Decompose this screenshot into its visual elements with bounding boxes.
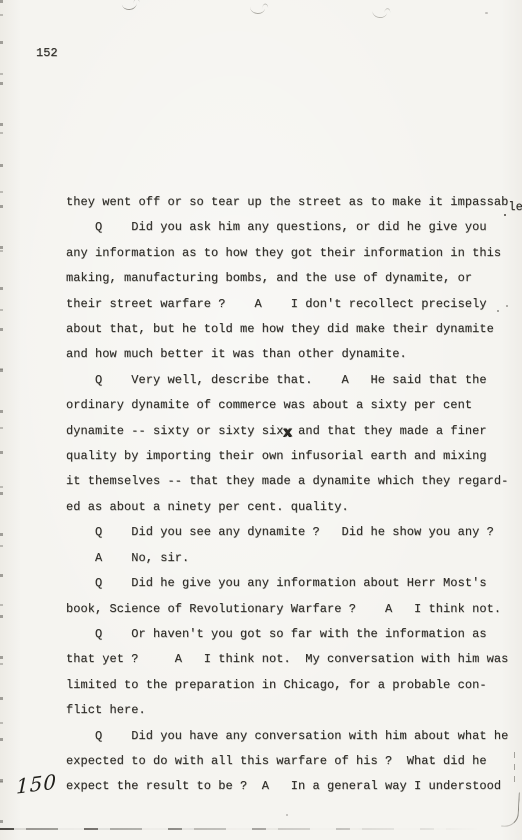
scan-edge-line (0, 828, 478, 830)
transcript-line: Q Did you see any dynamite ? Did he show… (66, 520, 516, 545)
typed-text: about that, but he told me how they did … (66, 322, 494, 336)
typed-text: expected to do with all this warfare of … (66, 754, 487, 768)
typed-text: limited to the preparation in Chicago, f… (66, 678, 487, 692)
typed-text: making, manufacturing bombs, and the use… (66, 271, 472, 285)
transcript-line: and how much better it was than other dy… (66, 342, 516, 367)
transcript-line: Q Did you have any conversation with him… (66, 724, 516, 749)
typed-text: Q Did you have any conversation with him… (66, 729, 508, 743)
typed-text: quality by importing their own infusoria… (66, 449, 487, 463)
binding-edge-marks (0, 0, 3, 840)
typed-text: Q Did you see any dynamite ? Did he show… (66, 525, 494, 539)
transcript-line: they went off or so tear up the street a… (66, 190, 516, 215)
transcript: they went off or so tear up the street a… (66, 190, 516, 800)
transcript-line: expected to do with all this warfare of … (66, 749, 516, 774)
transcript-line: Q Or haven't you got so far with the inf… (66, 622, 516, 647)
pen-squiggle-mark (372, 9, 388, 19)
typed-text: and that they made a finer (291, 424, 487, 438)
transcript-line: limited to the preparation in Chicago, f… (66, 673, 516, 698)
typed-text: Q Did he give you any information about … (66, 576, 487, 590)
ink-speck (433, 762, 435, 764)
typed-text: flict here. (66, 703, 146, 717)
transcript-line: A No, sir. (66, 546, 516, 571)
typed-text: book, Science of Revolutionary Warfare ?… (66, 602, 501, 616)
transcript-line: book, Science of Revolutionary Warfare ?… (66, 597, 516, 622)
typed-text: that yet ? A I think not. My conversatio… (66, 652, 508, 666)
typed-text: they went off or so tear up the street a… (66, 195, 508, 209)
typed-text: ed as about a ninety per cent. quality. (66, 500, 349, 514)
ink-speck (497, 310, 499, 312)
typed-text: Q Did you ask him any questions, or did … (66, 220, 487, 234)
transcript-line: flict here. (66, 698, 516, 723)
pen-squiggle-mark (122, 1, 138, 11)
typed-page-number: 152 (36, 46, 58, 60)
typed-text: any information as to how they got their… (66, 246, 501, 260)
transcript-line: expect the result to be ? A In a general… (66, 774, 516, 799)
typed-text: A No, sir. (66, 551, 189, 565)
transcript-line: about that, but he told me how they did … (66, 317, 516, 342)
page-curl (501, 792, 520, 828)
ink-speck (286, 814, 288, 816)
typed-text-drop: le (508, 195, 522, 220)
transcript-line: making, manufacturing bombs, and the use… (66, 266, 516, 291)
typed-text: their street warfare ? A I don't recolle… (66, 297, 487, 311)
transcript-line: Q Did he give you any information about … (66, 571, 516, 596)
pen-squiggle-mark (250, 5, 266, 14)
typed-text: and how much better it was than other dy… (66, 347, 407, 361)
transcript-line: their street warfare ? A I don't recolle… (66, 292, 516, 317)
transcript-line: Q Did you ask him any questions, or did … (66, 215, 516, 240)
ink-speck (506, 305, 508, 307)
transcript-line: it themselves -- that they made a dynami… (66, 469, 516, 494)
typed-text: dynamite -- sixty or sixty six (66, 424, 284, 438)
typed-text: it themselves -- that they made a dynami… (66, 474, 508, 488)
typed-text: ordinary dynamite of commerce was about … (66, 398, 472, 412)
typed-text-overstrike: x (283, 417, 292, 449)
handwritten-folio-number: 150 (16, 769, 57, 798)
transcript-line: ed as about a ninety per cent. quality. (66, 495, 516, 520)
transcript-line: any information as to how they got their… (66, 241, 516, 266)
ink-speck (485, 12, 488, 14)
transcript-line: dynamite -- sixty or sixty sixx and that… (66, 419, 516, 444)
typed-text: Q Or haven't you got so far with the inf… (66, 627, 487, 641)
transcript-line: that yet ? A I think not. My conversatio… (66, 647, 516, 672)
page-edge-crease (514, 752, 515, 788)
transcript-line: ordinary dynamite of commerce was about … (66, 393, 516, 418)
transcript-line: Q Very well, describe that. A He said th… (66, 368, 516, 393)
typed-text: Q Very well, describe that. A He said th… (66, 373, 487, 387)
typed-text: expect the result to be ? A In a general… (66, 779, 501, 793)
scanned-document-page: 152 they went off or so tear up the stre… (0, 0, 522, 840)
